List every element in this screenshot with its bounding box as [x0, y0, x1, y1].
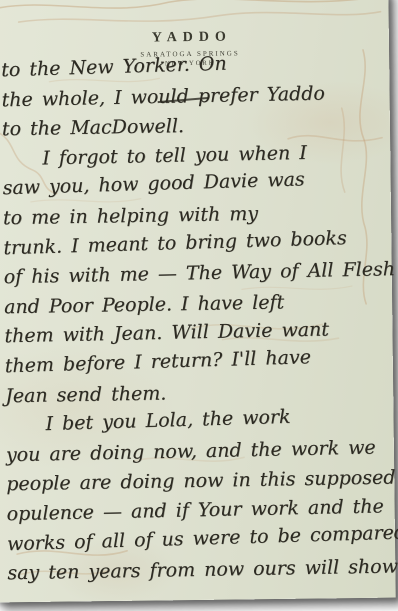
letter-paper: YADDO SARATOGA SPRINGS NEW YORK to the N… — [0, 0, 396, 602]
letter-line: say ten years from now ours will show — [7, 553, 393, 589]
letterhead-title: YADDO — [0, 28, 389, 49]
letter-body: to the New Yorker. Onthe whole, I would … — [1, 52, 393, 589]
scan-background: YADDO SARATOGA SPRINGS NEW YORK to the N… — [0, 0, 398, 611]
